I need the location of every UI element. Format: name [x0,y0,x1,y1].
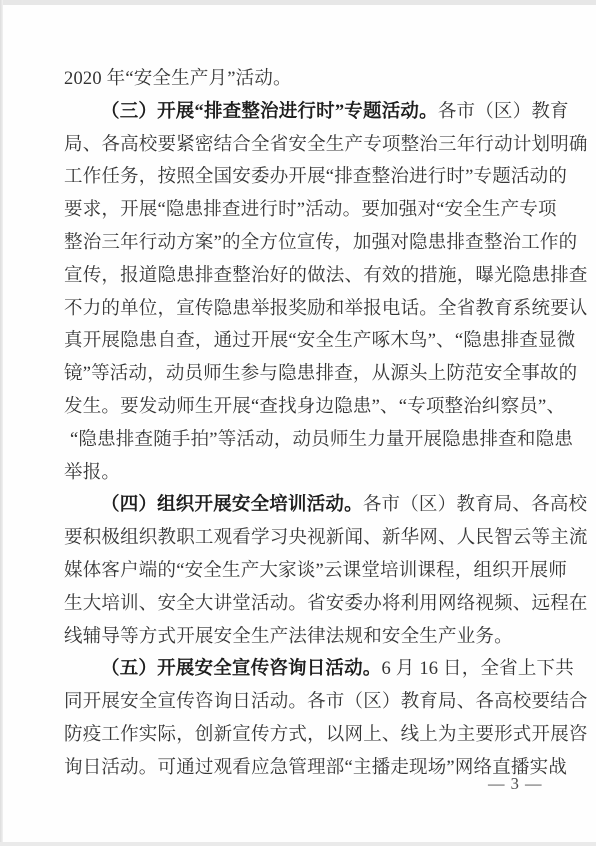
text-line: “隐患排查随手拍”等活动，动员师生力量开展隐患排查和隐患 [64,424,570,457]
body-segment: 生大培训、安全大讲堂活动。省安委办将利用网络视频、远程在 [64,594,588,614]
body-segment: 工作任务，按照全国安委办开展“排查整治进行时”专题活动的 [64,167,567,187]
text-line: 线辅导等方式开展安全生产法律法规和安全生产业务。 [64,621,570,654]
text-line: 镜”等活动，动员师生参与隐患排查，从源头上防范安全事故的 [64,358,570,391]
body-segment: 同开展安全宣传咨询日活动。各市（区）教育局、各高校要结合 [64,692,588,712]
heading-segment: （五）开展安全宣传咨询日活动。 [101,659,382,679]
heading-segment: （四）组织开展安全培训活动。 [101,495,363,515]
text-line: 宣传，报道隐患排查整治好的做法、有效的措施，曝光隐患排查 [64,260,570,293]
text-line: 要求，开展“隐患排查进行时”活动。要加强对“安全生产专项 [64,194,570,227]
body-segment: 镜”等活动，动员师生参与隐患排查，从源头上防范安全事故的 [64,364,577,384]
scan-edge-top [0,0,596,5]
text-line: 发生。要发动师生开展“查找身边隐患”、“专项整治纠察员”、 [64,391,570,424]
body-segment: 要积极组织教职工观看学习央视新闻、新华网、人民智云等主流 [64,528,588,548]
text-line: 防疫工作实际，创新宣传方式，以网上、线上为主要形式开展咨 [64,719,570,752]
text-line: 同开展安全宣传咨询日活动。各市（区）教育局、各高校要结合 [64,686,570,719]
scan-edge-bottom [0,842,596,846]
body-segment: 6 月 16 日，全省上下共 [382,659,574,679]
document-body: 2020 年“安全生产月”活动。（三）开展“排查整治进行时”专题活动。各市（区）… [64,63,570,785]
text-line: 举报。 [64,457,570,490]
scan-edge-left [0,0,3,846]
text-line: 真开展隐患自查，通过开展“安全生产啄木鸟”、“隐患排查显微 [64,325,570,358]
text-line: （四）组织开展安全培训活动。各市（区）教育局、各高校 [64,489,570,522]
text-line: 整治三年行动方案”的全方位宣传，加强对隐患排查整治工作的 [64,227,570,260]
text-line: 要积极组织教职工观看学习央视新闻、新华网、人民智云等主流 [64,522,570,555]
text-line: （三）开展“排查整治进行时”专题活动。各市（区）教育 [64,96,570,129]
body-segment: 防疫工作实际，创新宣传方式，以网上、线上为主要形式开展咨 [64,725,588,745]
body-segment: 发生。要发动师生开展“查找身边隐患”、“专项整治纠察员”、 [64,397,565,417]
text-line: 生大培训、安全大讲堂活动。省安委办将利用网络视频、远程在 [64,588,570,621]
body-segment: 举报。 [64,463,120,483]
body-segment: 线辅导等方式开展安全生产法律法规和安全生产业务。 [64,627,513,647]
body-segment: 各市（区）教育局、各高校 [363,495,587,515]
text-line: 媒体客户端的“安全生产大家谈”云课堂培训课程，组织开展师 [64,555,570,588]
body-segment: 不力的单位，宣传隐患举报奖励和举报电话。全省教育系统要认 [64,299,588,319]
body-segment: 宣传，报道隐患排查整治好的做法、有效的措施，曝光隐患排查 [64,266,588,286]
heading-segment: （三）开展“排查整治进行时”专题活动。 [101,102,438,122]
text-line: （五）开展安全宣传咨询日活动。6 月 16 日，全省上下共 [64,653,570,686]
text-line: 不力的单位，宣传隐患举报奖励和举报电话。全省教育系统要认 [64,293,570,326]
body-segment: 整治三年行动方案”的全方位宣传，加强对隐患排查整治工作的 [64,233,577,253]
body-segment: 媒体客户端的“安全生产大家谈”云课堂培训课程，组织开展师 [64,561,567,581]
document-page: 2020 年“安全生产月”活动。（三）开展“排查整治进行时”专题活动。各市（区）… [0,0,596,846]
page-number: — 3 — [488,774,543,794]
body-segment: “隐患排查随手拍”等活动，动员师生力量开展隐患排查和隐患 [70,430,573,450]
text-line: 2020 年“安全生产月”活动。 [64,63,570,96]
body-segment: 真开展隐患自查，通过开展“安全生产啄木鸟”、“隐患排查显微 [64,331,575,351]
text-line: 局、各高校要紧密结合全省安全生产专项整治三年行动计划明确 [64,129,570,162]
body-segment: 局、各高校要紧密结合全省安全生产专项整治三年行动计划明确 [64,135,588,155]
body-segment: 各市（区）教育 [438,102,569,122]
body-segment: 要求，开展“隐患排查进行时”活动。要加强对“安全生产专项 [64,200,557,220]
body-segment: 2020 年“安全生产月”活动。 [64,69,292,89]
text-line: 工作任务，按照全国安委办开展“排查整治进行时”专题活动的 [64,161,570,194]
